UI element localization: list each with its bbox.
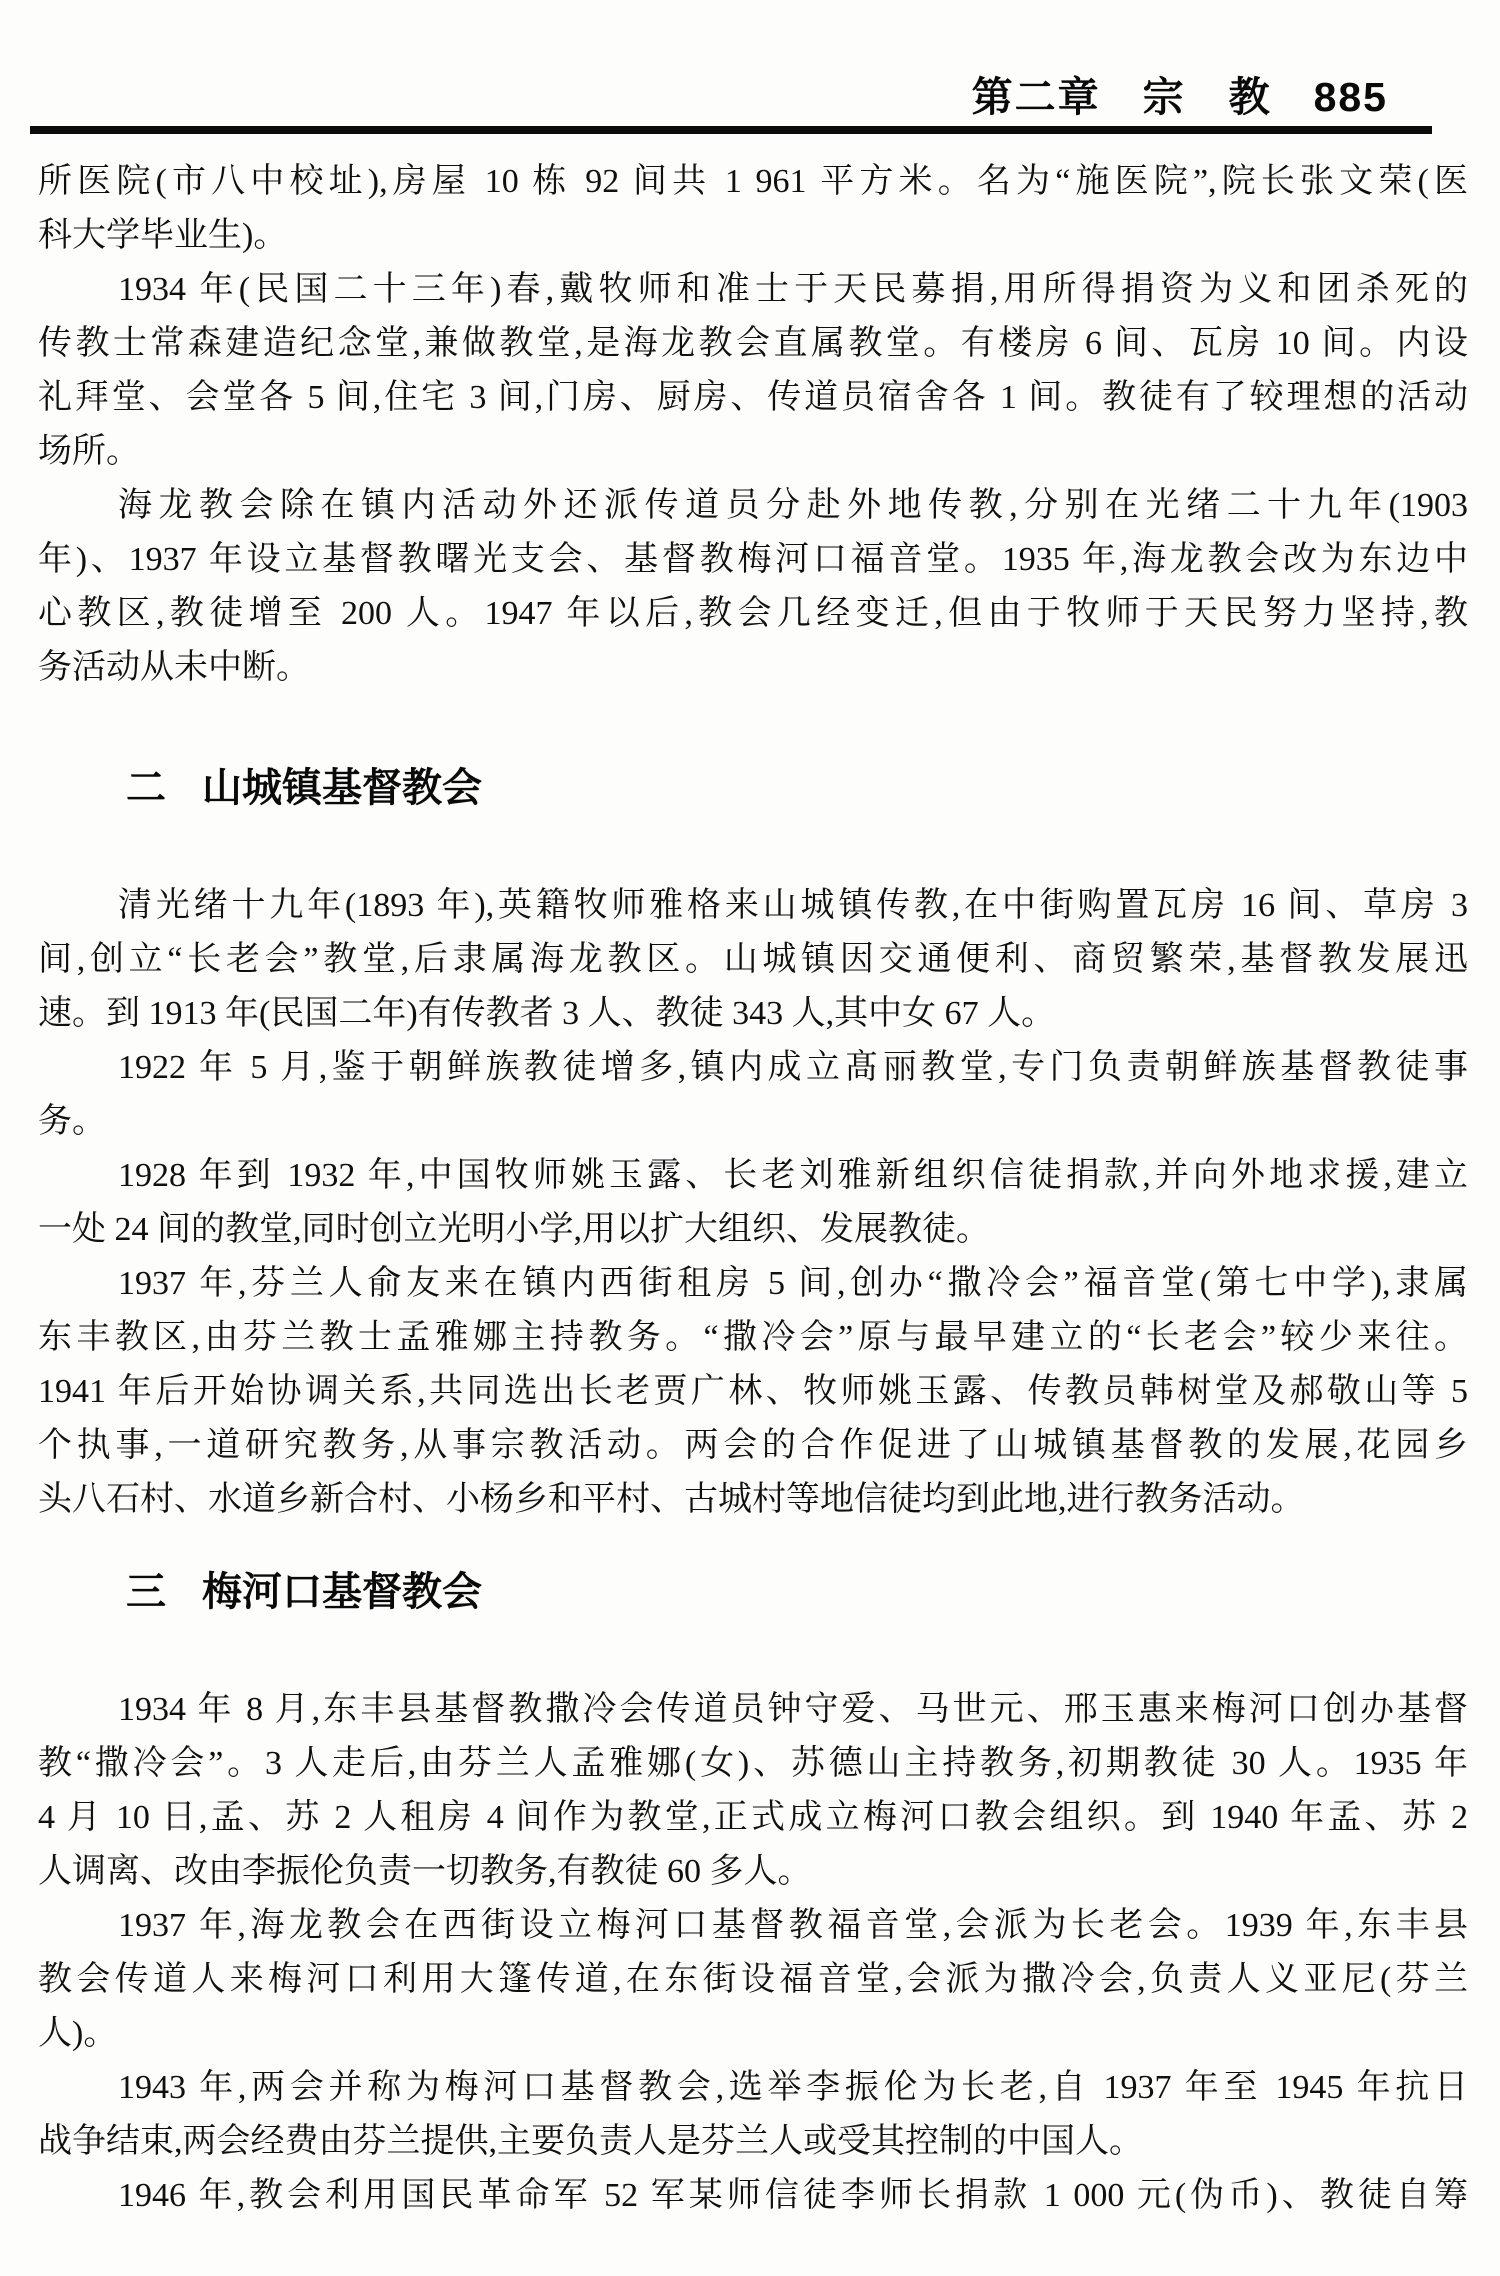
text-line: 务。 <box>38 1095 1468 1149</box>
section-heading-title: 山城镇基督教会 <box>202 766 482 810</box>
text-line: 务活动从未中断。 <box>38 641 1468 695</box>
header-rule <box>30 126 1432 134</box>
section-heading: 二山城镇基督教会 <box>126 761 1468 815</box>
text-line: 教会传道人来梅河口利用大篷传道,在东街设福音堂,会派为撒冷会,负责人义亚尼(芬兰 <box>38 1953 1468 2007</box>
text-line: 1934 年(民国二十三年)春,戴牧师和准士于天民募捐,用所得捐资为义和团杀死的 <box>38 263 1468 317</box>
page-body: 所医院(市八中校址),房屋 10 栋 92 间共 1 961 平方米。名为“施医… <box>38 155 1468 2223</box>
section-heading-number: 三 <box>126 1570 166 1614</box>
text-line: 海龙教会除在镇内活动外还派传道员分赴外地传教,分别在光绪二十九年(1903 <box>38 479 1468 533</box>
text-line: 间,创立“长老会”教堂,后隶属海龙教区。山城镇因交通便利、商贸繁荣,基督教发展迅 <box>38 933 1468 987</box>
text-line: 所医院(市八中校址),房屋 10 栋 92 间共 1 961 平方米。名为“施医… <box>38 155 1468 209</box>
text-line: 1937 年,芬兰人俞友来在镇内西街租房 5 间,创办“撒冷会”福音堂(第七中学… <box>38 1257 1468 1311</box>
text-line: 头八石村、水道乡新合村、小杨乡和平村、古城村等地信徒均到此地,进行教务活动。 <box>38 1473 1468 1527</box>
text-line: 1934 年 8 月,东丰县基督教撒冷会传道员钟守爱、马世元、邢玉惠来梅河口创办… <box>38 1683 1468 1737</box>
text-line: 4 月 10 日,孟、苏 2 人租房 4 间作为教堂,正式成立梅河口教会组织。到… <box>38 1791 1468 1845</box>
text-line: 一处 24 间的教堂,同时创立光明小学,用以扩大组织、发展教徒。 <box>38 1203 1468 1257</box>
text-line: 1937 年,海龙教会在西街设立梅河口基督教福音堂,会派为长老会。1939 年,… <box>38 1899 1468 1953</box>
text-line: 清光绪十九年(1893 年),英籍牧师雅格来山城镇传教,在中街购置瓦房 16 间… <box>38 879 1468 933</box>
page-number: 885 <box>1314 74 1388 121</box>
section-heading-title: 梅河口基督教会 <box>202 1570 482 1614</box>
text-line: 科大学毕业生)。 <box>38 209 1468 263</box>
text-line: 年)、1937 年设立基督教曙光支会、基督教梅河口福音堂。1935 年,海龙教会… <box>38 533 1468 587</box>
text-line: 教“撒冷会”。3 人走后,由芬兰人孟雅娜(女)、苏德山主持教务,初期教徒 30 … <box>38 1737 1468 1791</box>
text-line: 传教士常森建造纪念堂,兼做教堂,是海龙教会直属教堂。有楼房 6 间、瓦房 10 … <box>38 317 1468 371</box>
text-line: 人调离、改由李振伦负责一切教务,有教徒 60 多人。 <box>38 1845 1468 1899</box>
text-line: 1922 年 5 月,鉴于朝鲜族教徒增多,镇内成立髙丽教堂,专门负责朝鲜族基督教… <box>38 1041 1468 1095</box>
text-line: 礼拜堂、会堂各 5 间,住宅 3 间,门房、厨房、传道员宿舍各 1 间。教徒有了… <box>38 371 1468 425</box>
chapter-label: 第二章 <box>972 64 1101 123</box>
text-line: 1928 年到 1932 年,中国牧师姚玉露、长老刘雅新组织信徒捐款,并向外地求… <box>38 1149 1468 1203</box>
text-line: 1943 年,两会并称为梅河口基督教会,选举李振伦为长老,自 1937 年至 1… <box>38 2061 1468 2115</box>
chapter-title: 宗 教 <box>1143 64 1272 123</box>
document-page: 第二章 宗 教 885 所医院(市八中校址),房屋 10 栋 92 间共 1 9… <box>0 0 1500 2276</box>
running-header: 第二章 宗 教 885 <box>972 64 1388 123</box>
text-line: 1941 年后开始协调关系,共同选出长老贾广林、牧师姚玉露、传教员韩树堂及郝敬山… <box>38 1365 1468 1419</box>
text-line: 个执事,一道研究教务,从事宗教活动。两会的合作促进了山城镇基督教的发展,花园乡 <box>38 1419 1468 1473</box>
text-line: 心教区,教徒增至 200 人。1947 年以后,教会几经变迁,但由于牧师于天民努… <box>38 587 1468 641</box>
text-line: 速。到 1913 年(民国二年)有传教者 3 人、教徒 343 人,其中女 67… <box>38 987 1468 1041</box>
section-heading: 三梅河口基督教会 <box>126 1565 1468 1619</box>
text-line: 战争结束,两会经费由芬兰提供,主要负责人是芬兰人或受其控制的中国人。 <box>38 2115 1468 2169</box>
text-line: 人)。 <box>38 2007 1468 2061</box>
text-line: 1946 年,教会利用国民革命军 52 军某师信徒李师长捐款 1 000 元(伪… <box>38 2169 1468 2223</box>
text-line: 东丰教区,由芬兰教士孟雅娜主持教务。“撒冷会”原与最早建立的“长老会”较少来往。 <box>38 1311 1468 1365</box>
section-heading-number: 二 <box>126 766 166 810</box>
text-line: 场所。 <box>38 425 1468 479</box>
